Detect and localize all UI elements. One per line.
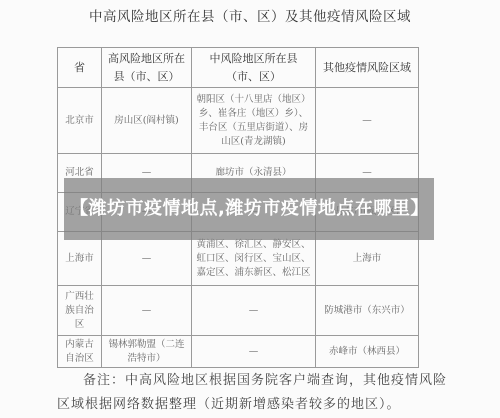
- table-row: 广西壮族自治区 — — 防城港市（东兴市）: [58, 286, 419, 336]
- cell-other-risk: 赤峰市（林西县）: [316, 336, 419, 368]
- header-other-risk: 其他疫情风险区域: [316, 48, 419, 88]
- cell-other-risk: —: [316, 88, 419, 154]
- document-title: 中高风险地区所在县（市、区）及其他疫情风险区域: [0, 5, 500, 25]
- cell-province: 广西壮族自治区: [58, 286, 102, 336]
- cell-medium-risk: —: [192, 336, 316, 368]
- table-row: 北京市 房山区(阎村镇) 朝阳区（十八里店（地区）乡、崔各庄（地区）乡）、丰台区…: [58, 88, 419, 154]
- caption-overlay: 【潍坊市疫情地点,潍坊市疫情地点在哪里】: [64, 178, 434, 240]
- cell-other-risk: 防城港市（东兴市）: [316, 286, 419, 336]
- table-row: 内蒙古自治区 锡林郭勒盟（二连浩特市） — 赤峰市（林西县）: [58, 336, 419, 368]
- cell-province: 内蒙古自治区: [58, 336, 102, 368]
- table-header-row: 省 高风险地区所在县（市、区） 中风险地区所在县（市、区） 其他疫情风险区域: [58, 48, 419, 88]
- cell-medium-risk: —: [192, 286, 316, 336]
- header-medium-risk: 中风险地区所在县（市、区）: [192, 48, 316, 88]
- cell-high-risk: 锡林郭勒盟（二连浩特市）: [102, 336, 192, 368]
- caption-text: 【潍坊市疫情地点,潍坊市疫情地点在哪里】: [64, 197, 434, 221]
- cell-province: 北京市: [58, 88, 102, 154]
- cell-medium-risk: 朝阳区（十八里店（地区）乡、崔各庄（地区）乡）、丰台区（五里店街道）、房山区(青…: [192, 88, 316, 154]
- footnote: 备注：中高风险地区根据国务院客户端查询，其他疫情风险区域根据网络数据整理（近期新…: [57, 369, 447, 417]
- header-high-risk: 高风险地区所在县（市、区）: [102, 48, 192, 88]
- header-province: 省: [58, 48, 102, 88]
- cell-high-risk: —: [102, 286, 192, 336]
- cell-high-risk: 房山区(阎村镇): [102, 88, 192, 154]
